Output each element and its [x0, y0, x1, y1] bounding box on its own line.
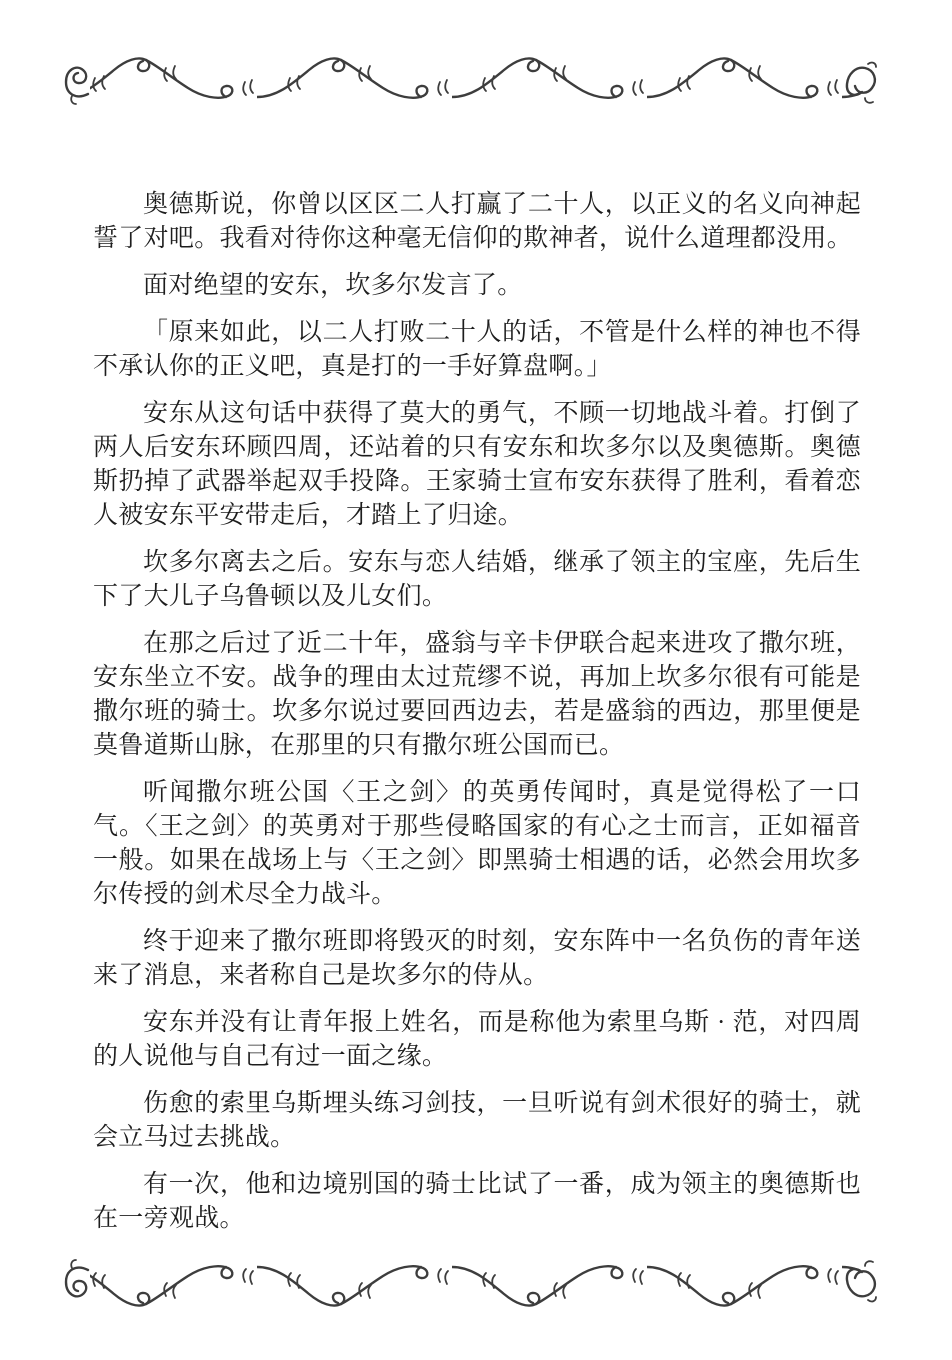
paragraph: 安东从这句话中获得了莫大的勇气，不顾一切地战斗着。打倒了两人后安东环顾四周，还站… — [93, 397, 861, 533]
paragraph: 听闻撒尔班公国〈王之剑〉的英勇传闻时，真是觉得松了一口气。〈王之剑〉的英勇对于那… — [93, 776, 861, 912]
paragraph: 有一次，他和边境别国的骑士比试了一番，成为领主的奥德斯也在一旁观战。 — [93, 1168, 861, 1236]
paragraph: 奥德斯说，你曾以区区二人打赢了二十人，以正义的名义向神起誓了对吧。我看对待你这种… — [93, 188, 861, 256]
paragraph: 安东并没有让青年报上姓名，而是称他为索里乌斯 · 范，对四周的人说他与自己有过一… — [93, 1006, 861, 1074]
paragraph: 面对绝望的安东，坎多尔发言了。 — [93, 269, 861, 303]
paragraph: 终于迎来了撒尔班即将毁灭的时刻，安东阵中一名负伤的青年送来了消息，来者称自己是坎… — [93, 925, 861, 993]
paragraph: 「原来如此，以二人打败二十人的话，不管是什么样的神也不得不承认你的正义吧，真是打… — [93, 316, 861, 384]
body-text: 奥德斯说，你曾以区区二人打赢了二十人，以正义的名义向神起誓了对吧。我看对待你这种… — [93, 188, 861, 1249]
paragraph: 伤愈的索里乌斯埋头练习剑技，一旦听说有剑术很好的骑士，就会立马过去挑战。 — [93, 1087, 861, 1155]
flourish-divider-top — [62, 52, 890, 106]
flourish-divider-bottom — [62, 1258, 890, 1312]
paragraph: 在那之后过了近二十年，盛翁与辛卡伊联合起来进攻了撒尔班，安东坐立不安。战争的理由… — [93, 627, 861, 763]
flourish-icon — [62, 1258, 890, 1312]
paragraph: 坎多尔离去之后。安东与恋人结婚，继承了领主的宝座，先后生下了大儿子乌鲁顿以及儿女… — [93, 546, 861, 614]
flourish-icon — [62, 52, 890, 106]
book-page: 奥德斯说，你曾以区区二人打赢了二十人，以正义的名义向神起誓了对吧。我看对待你这种… — [0, 0, 952, 1360]
